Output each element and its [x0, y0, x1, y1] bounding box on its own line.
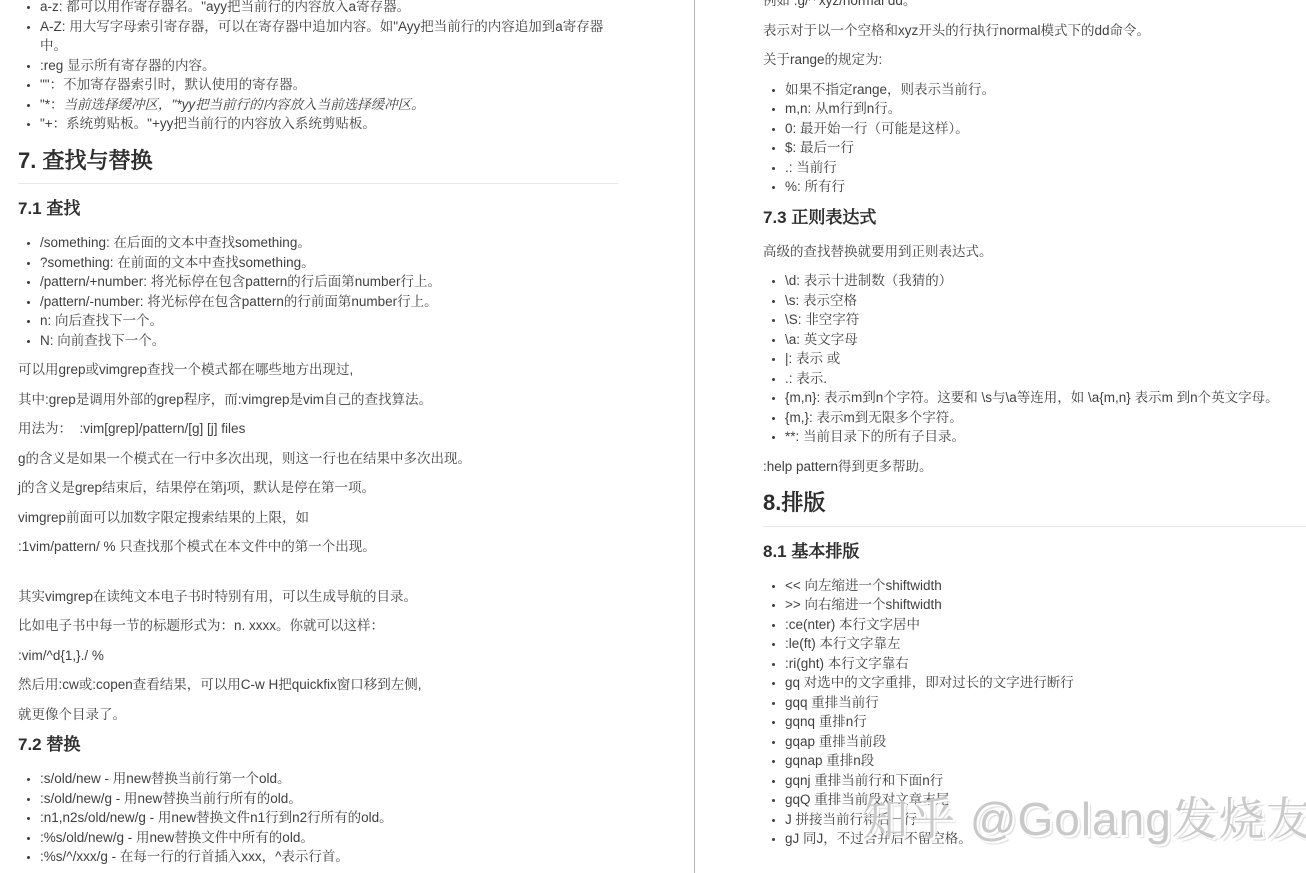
paragraph: j的含义是grep结束后，结果停在第j项，默认是停在第一项。	[18, 478, 618, 498]
list-item: gqq 重排当前行	[785, 693, 1306, 713]
list-item: {m,n}: 表示m到n个字符。这要和 \s与\a等连用，如 \a{m,n} 表…	[785, 388, 1306, 408]
list-item: {m,}: 表示m到无限多个字符。	[785, 408, 1306, 428]
list-item: 如果不指定range，则表示当前行。	[785, 80, 1306, 100]
subsection-heading-regex: 7.3 正则表达式	[763, 207, 1306, 228]
paragraph: 关于range的规定为:	[763, 50, 1306, 70]
paragraph: 就更像个目录了。	[18, 705, 618, 725]
list-item: A-Z: 用大写字母索引寄存器，可以在寄存器中追加内容。如"Ayy把当前行的内容…	[40, 17, 618, 56]
paragraph: :help pattern得到更多帮助。	[763, 457, 1306, 477]
list-item: :s/old/new/g - 用new替换当前行所有的old。	[40, 789, 618, 809]
list-item: >> 向右缩进一个shiftwidth	[785, 595, 1306, 615]
list-item: "*：当前选择缓冲区，"*yy把当前行的内容放入当前选择缓冲区。	[40, 95, 618, 115]
paragraph: 比如电子书中每一节的标题形式为：n. xxxx。你就可以这样：	[18, 616, 618, 636]
paragraph: :vim/^d{1,}./ %	[18, 646, 618, 666]
list-item: :%s/old/new/g - 用new替换文件中所有的old。	[40, 828, 618, 848]
paragraph: 表示对于以一个空格和xyz开头的行执行normal模式下的dd命令。	[763, 21, 1306, 41]
paragraph: :1vim/pattern/ % 只查找那个模式在本文件中的第一个出现。	[18, 537, 618, 557]
list-item: m,n: 从m行到n行。	[785, 99, 1306, 119]
list-item: :n1,n2s/old/new/g - 用new替换文件n1行到n2行所有的ol…	[40, 808, 618, 828]
section-heading-find-replace: 7. 查找与替换	[18, 148, 618, 184]
list-item: ""：不加寄存器索引时，默认使用的寄存器。	[40, 75, 618, 95]
list-item: /pattern/-number: 将光标停在包含pattern的行前面第num…	[40, 292, 618, 312]
range-rules-list: 如果不指定range，则表示当前行。 m,n: 从m行到n行。 0: 最开始一行…	[763, 80, 1306, 197]
list-item: :reg 显示所有寄存器的内容。	[40, 56, 618, 76]
list-item: gqap 重排当前段	[785, 732, 1306, 752]
column-divider	[694, 0, 695, 873]
list-item: :le(ft) 本行文字靠左	[785, 634, 1306, 654]
list-item: $: 最后一行	[785, 138, 1306, 158]
list-item: a-z: 都可以用作寄存器名。"ayy把当前行的内容放入a寄存器。	[40, 0, 618, 17]
list-item: :%s/^/xxx/g - 在每一行的行首插入xxx，^表示行首。	[40, 847, 618, 867]
paragraph: g的含义是如果一个模式在一行中多次出现，则这一行也在结果中多次出现。	[18, 449, 618, 469]
find-commands-list: /something: 在后面的文本中查找something。 ?somethi…	[18, 233, 618, 350]
list-item: .: 表示.	[785, 369, 1306, 389]
list-item: gqnap 重排n段	[785, 751, 1306, 771]
list-item: << 向左缩进一个shiftwidth	[785, 576, 1306, 596]
layout-commands-list: << 向左缩进一个shiftwidth >> 向右缩进一个shiftwidth …	[763, 576, 1306, 849]
list-item: N: 向前查找下一个。	[40, 331, 618, 351]
subsection-heading-find: 7.1 查找	[18, 198, 618, 219]
register-list: a-z: 都可以用作寄存器名。"ayy把当前行的内容放入a寄存器。 A-Z: 用…	[18, 0, 618, 134]
paragraph: 可以用grep或vimgrep查找一个模式都在哪些地方出现过,	[18, 360, 618, 380]
document-page: a-z: 都可以用作寄存器名。"ayy把当前行的内容放入a寄存器。 A-Z: 用…	[0, 0, 1306, 873]
left-column: a-z: 都可以用作寄存器名。"ayy把当前行的内容放入a寄存器。 A-Z: 用…	[18, 0, 618, 873]
list-item: "+：系统剪贴板。"+yy把当前行的内容放入系统剪贴板。	[40, 114, 618, 134]
list-item: **: 当前目录下的所有子目录。	[785, 427, 1306, 447]
subsection-heading-basic-layout: 8.1 基本排版	[763, 541, 1306, 562]
list-item: gJ 同J，不过合并后不留空格。	[785, 829, 1306, 849]
paragraph: 用法为： :vim[grep]/pattern/[g] [j] files	[18, 419, 618, 439]
list-item: 0: 最开始一行（可能是这样）。	[785, 119, 1306, 139]
paragraph: 其实vimgrep在读纯文本电子书时特别有用，可以生成导航的目录。	[18, 587, 618, 607]
list-item: gq 对选中的文字重排，即对过长的文字进行断行	[785, 673, 1306, 693]
clipped-top-line: 例如 :g/^ xyz/normal dd。	[763, 0, 1306, 11]
list-item: \S: 非空字符	[785, 310, 1306, 330]
list-item: n: 向后查找下一个。	[40, 311, 618, 331]
right-column: 例如 :g/^ xyz/normal dd。 表示对于以一个空格和xyz开头的行…	[763, 0, 1306, 859]
list-item: \a: 英文字母	[785, 330, 1306, 350]
list-item: gqQ 重排当前段对文章末尾	[785, 790, 1306, 810]
section-heading-layout: 8.排版	[763, 490, 1306, 526]
replace-commands-list: :s/old/new - 用new替换当前行第一个old。 :s/old/new…	[18, 769, 618, 867]
paragraph: 其中:grep是调用外部的grep程序，而:vimgrep是vim自己的查找算法…	[18, 390, 618, 410]
list-item: \s: 表示空格	[785, 291, 1306, 311]
list-item: gqnj 重排当前行和下面n行	[785, 771, 1306, 791]
register-desc-italic: 当前选择缓冲区，"*yy把当前行的内容放入当前选择缓冲区。	[64, 97, 425, 112]
paragraph: 然后用:cw或:copen查看结果，可以用C-w H把quickfix窗口移到左…	[18, 675, 618, 695]
list-item: J 拼接当前行和后一行	[785, 810, 1306, 830]
list-item: .: 当前行	[785, 158, 1306, 178]
paragraph: 高级的查找替换就要用到正则表达式。	[763, 242, 1306, 262]
paragraph: vimgrep前面可以加数字限定搜索结果的上限，如	[18, 508, 618, 528]
list-item: /something: 在后面的文本中查找something。	[40, 233, 618, 253]
register-name: "*：	[40, 97, 64, 112]
list-item: \d: 表示十进制数（我猜的）	[785, 271, 1306, 291]
list-item: ?something: 在前面的文本中查找something。	[40, 253, 618, 273]
list-item: |: 表示 或	[785, 349, 1306, 369]
list-item: %: 所有行	[785, 177, 1306, 197]
list-item: /pattern/+number: 将光标停在包含pattern的行后面第num…	[40, 272, 618, 292]
list-item: :ce(nter) 本行文字居中	[785, 615, 1306, 635]
list-item: :ri(ght) 本行文字靠右	[785, 654, 1306, 674]
subsection-heading-replace: 7.2 替换	[18, 734, 618, 755]
list-item: :s/old/new - 用new替换当前行第一个old。	[40, 769, 618, 789]
regex-list: \d: 表示十进制数（我猜的） \s: 表示空格 \S: 非空字符 \a: 英文…	[763, 271, 1306, 447]
list-item: gqnq 重排n行	[785, 712, 1306, 732]
